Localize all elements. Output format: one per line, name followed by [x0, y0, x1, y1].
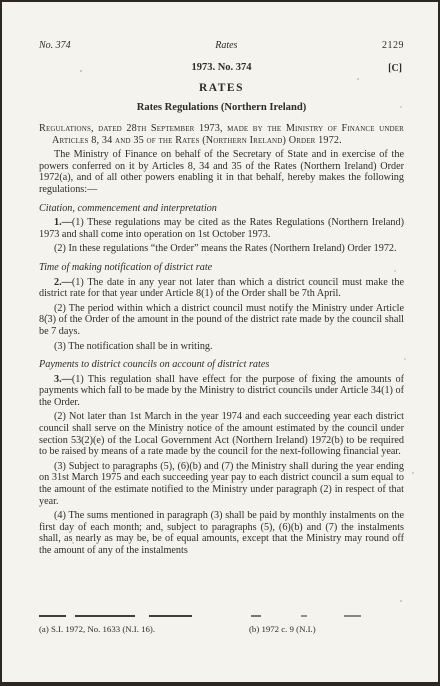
paragraph-text: In these regulations “the Order” means t…	[68, 243, 396, 254]
preamble: Regulations, dated 28th September 1973, …	[39, 123, 404, 146]
subparagraph-number: (1)	[72, 217, 84, 228]
footnote-b: (b) 1972 c. 9 (N.I.)	[249, 624, 316, 634]
paragraph-text: The date in any year not later than whic…	[39, 277, 404, 300]
section-heading-notification: Time of making notification of district …	[39, 262, 404, 274]
running-header-number: No. 374	[39, 40, 71, 51]
section-heading-payments: Payments to district councils on account…	[39, 359, 404, 371]
scan-noise	[2, 2, 4, 4]
paragraph-text: Not later than 1st March in the year 197…	[39, 411, 404, 457]
running-header-title: Rates	[215, 40, 237, 51]
paragraph-text: Subject to paragraphs (5), (6)(b) and (7…	[39, 461, 404, 507]
subparagraph-number: (3)	[54, 341, 66, 352]
paragraph-text: This regulation shall have effect for th…	[39, 374, 404, 408]
document-number-line: 1973. No. 374 [C]	[39, 62, 404, 73]
running-header: No. 374 Rates 2129	[39, 40, 404, 51]
subparagraph-number: (2)	[54, 243, 66, 254]
regulation-3-4: (4) The sums mentioned in paragraph (3) …	[39, 510, 404, 556]
paragraph-text: The period within which a district counc…	[39, 303, 404, 337]
scanned-document-page: No. 374 Rates 2129 1973. No. 374 [C] RAT…	[0, 0, 440, 686]
paragraph-text: These regulations may be cited as the Ra…	[39, 217, 404, 240]
regulation-1-1: 1.—(1) These regulations may be cited as…	[39, 217, 404, 240]
regulation-3-3: (3) Subject to paragraphs (5), (6)(b) an…	[39, 461, 404, 507]
document-title: RATES	[39, 82, 404, 94]
paragraph-number: 1.—	[54, 217, 72, 228]
subparagraph-number: (1)	[72, 374, 84, 385]
regulation-1-2: (2) In these regulations “the Order” mea…	[39, 243, 404, 255]
footnote-separator	[39, 615, 406, 617]
intro-paragraph: The Ministry of Finance on behalf of the…	[39, 149, 404, 195]
subparagraph-number: (4)	[54, 510, 66, 521]
subparagraph-number: (2)	[54, 411, 66, 422]
subparagraph-number: (2)	[54, 303, 66, 314]
footnotes: (a) S.I. 1972, No. 1633 (N.I. 16). (b) 1…	[39, 624, 406, 634]
regulation-3-1: 3.—(1) This regulation shall have effect…	[39, 374, 404, 409]
paragraph-text: The notification shall be in writing.	[68, 341, 212, 352]
regulation-3-2: (2) Not later than 1st March in the year…	[39, 411, 404, 457]
paragraph-number: 2.—	[54, 277, 72, 288]
running-header-page-number: 2129	[382, 40, 404, 51]
regulation-2-2: (2) The period within which a district c…	[39, 303, 404, 338]
footnote-area: (a) S.I. 1972, No. 1633 (N.I. 16). (b) 1…	[39, 615, 406, 634]
document-body: Regulations, dated 28th September 1973, …	[39, 123, 404, 557]
footnote-a: (a) S.I. 1972, No. 1633 (N.I. 16).	[39, 624, 249, 634]
classification-mark: [C]	[388, 63, 402, 74]
document-number: 1973. No. 374	[191, 62, 251, 73]
subparagraph-number: (3)	[54, 461, 66, 472]
regulation-2-1: 2.—(1) The date in any year not later th…	[39, 277, 404, 300]
paragraph-number: 3.—	[54, 374, 72, 385]
regulation-2-3: (3) The notification shall be in writing…	[39, 341, 404, 353]
subparagraph-number: (1)	[72, 277, 84, 288]
document-subtitle: Rates Regulations (Northern Ireland)	[39, 102, 404, 113]
section-heading-citation: Citation, commencement and interpretatio…	[39, 203, 404, 215]
paragraph-text: The sums mentioned in paragraph (3) shal…	[39, 510, 404, 556]
